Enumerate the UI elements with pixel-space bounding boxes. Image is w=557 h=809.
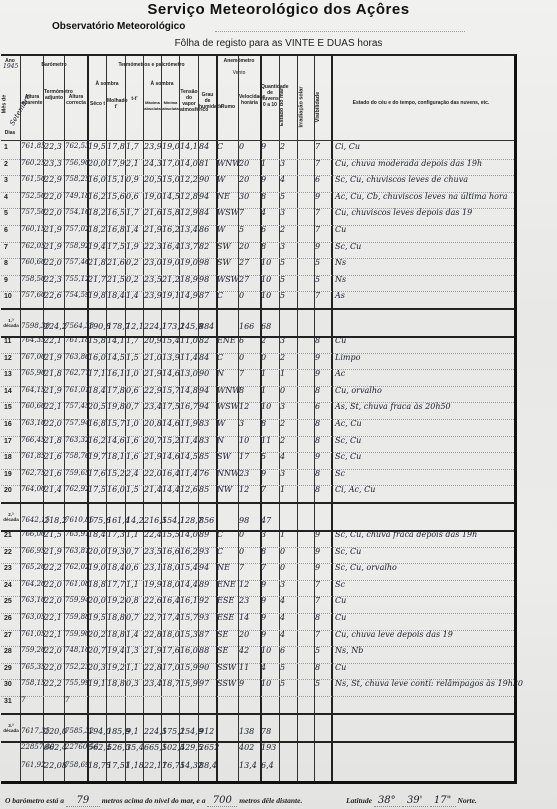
- cell-n: 7: [261, 563, 266, 572]
- cell-min: 15,4: [162, 336, 180, 345]
- cell-t: 21,9: [44, 547, 62, 556]
- cell-vt: 12,8: [180, 192, 198, 201]
- cell-sea: 3: [280, 159, 285, 168]
- cell-max: 21,9: [144, 452, 162, 461]
- cell-sea: 2: [280, 419, 285, 428]
- cell-h: 82: [199, 336, 209, 345]
- cell-dir: SSW: [217, 679, 236, 688]
- cell-d: 0,2: [126, 258, 139, 267]
- cell-d: 1,9: [126, 242, 139, 251]
- sky-state-note: Sc, Cu: [335, 452, 361, 461]
- cell-dir: WNW: [217, 386, 240, 395]
- cell-dry: 19,8: [88, 291, 106, 300]
- cell-d: 0,6: [126, 386, 139, 395]
- cell-v: 98: [239, 516, 249, 525]
- cell-h: 85: [199, 485, 209, 494]
- cell-dry: 20,5: [88, 402, 106, 411]
- cell-max: 22,9: [144, 386, 162, 395]
- day-number: 19: [4, 471, 12, 478]
- cell-d: 0,8: [126, 596, 139, 605]
- cell-dry: 21,7: [88, 275, 106, 284]
- cell-t: 218,2: [44, 516, 67, 525]
- cell-n: 9: [261, 142, 266, 151]
- cell-t: 21,9: [44, 225, 62, 234]
- cell-n: 1: [261, 159, 266, 168]
- cell-sea: 0: [280, 386, 285, 395]
- cell-pc: 762,77: [65, 369, 90, 377]
- sky-state-header: Estado do céu e do tempo, configuração d…: [331, 100, 511, 106]
- cell-pc: 758,92: [65, 242, 90, 250]
- cell-sea: 2: [280, 142, 285, 151]
- cell-d: 1,0: [126, 369, 139, 378]
- cell-p: 757,50: [21, 208, 46, 216]
- cell-wet: 16,8: [107, 225, 125, 234]
- cell-sea: 2: [280, 436, 285, 445]
- cell-vis: 7: [315, 630, 320, 639]
- sea-state-header: Estado do mar: [279, 88, 285, 126]
- cell-sea: 5: [280, 291, 285, 300]
- cell-wet: 18,1: [107, 452, 125, 461]
- cell-vis: 8: [315, 663, 320, 672]
- cell-n: 5: [261, 452, 266, 461]
- cell-h: 81: [199, 159, 209, 168]
- cell-dir: NE: [217, 563, 230, 572]
- cell-vis: 5: [315, 258, 320, 267]
- cell-d: 1,4: [126, 630, 139, 639]
- sky-state-note: As: [335, 291, 345, 300]
- cell-n: 2: [261, 336, 266, 345]
- cell-dry: 20,2: [88, 630, 106, 639]
- cell-dir: WSW: [217, 402, 239, 411]
- cell-d: 1,7: [126, 142, 139, 151]
- cell-wet: 17,3: [107, 530, 125, 539]
- cell-t: 22,9: [44, 175, 62, 184]
- sky-state-note: Ns: [335, 258, 346, 267]
- cell-p: 759,20: [21, 646, 46, 654]
- cell-vis: 7: [315, 159, 320, 168]
- cell-max: 21,0: [144, 353, 162, 362]
- cell-dir: SW: [217, 242, 231, 251]
- cell-vis: 9: [315, 563, 320, 572]
- cell-d: 2,4: [126, 469, 139, 478]
- cell-wet: 17,8: [107, 142, 125, 151]
- cell-dir: W: [217, 175, 225, 184]
- days-label: Dias: [1, 130, 19, 136]
- cell-sea: 1: [280, 530, 285, 539]
- cell-v: 23: [239, 469, 249, 478]
- cell-vis: 8: [315, 386, 320, 395]
- cell-dir: ESE: [217, 596, 234, 605]
- cell-p: 766,00: [21, 530, 46, 538]
- cell-vt: 14,0: [180, 530, 198, 539]
- cell-max: 23,5: [144, 275, 162, 284]
- cell-pc: 758,69: [65, 761, 90, 769]
- cell-min: 15,0: [162, 175, 180, 184]
- cell-dry: 20,3: [88, 663, 106, 672]
- cell-p: 761,85: [21, 452, 46, 460]
- cell-min: 17,0: [162, 663, 180, 672]
- cell-min: 14,6: [162, 452, 180, 461]
- cell-wet: 16,1: [107, 369, 125, 378]
- day-number: 22: [4, 549, 12, 556]
- cell-dir: SE: [217, 646, 228, 655]
- cell-vt: 11,0: [180, 336, 198, 345]
- cell-n: 9: [261, 175, 266, 184]
- cell-max: 22,4: [144, 530, 162, 539]
- sky-state-note: Limpo: [335, 353, 360, 362]
- cell-v: 7: [239, 369, 244, 378]
- cell-vt: 12,9: [180, 208, 198, 217]
- cell-h: 92: [199, 596, 209, 605]
- cell-pc: 758,76: [65, 452, 90, 460]
- cell-sea: 4: [280, 613, 285, 622]
- cell-d: 1,5: [126, 485, 139, 494]
- cell-d: 1,4: [126, 291, 139, 300]
- sky-state-note: Cu: [335, 613, 346, 622]
- min-abs-header: Mínima absoluta: [162, 100, 179, 112]
- cell-wet: 17,5: [107, 242, 125, 251]
- cell-vis: 8: [315, 469, 320, 478]
- cell-n: 10: [261, 275, 271, 284]
- cell-dir: SW: [217, 452, 231, 461]
- cell-max: 23,9: [144, 291, 162, 300]
- cell-t: 22,0: [44, 646, 62, 655]
- cell-v: 166: [239, 322, 254, 331]
- cell-sea: 0: [280, 547, 285, 556]
- cell-min: 19,0: [162, 258, 180, 267]
- cell-vis: 9: [315, 192, 320, 201]
- cell-pc: 752,23: [65, 663, 90, 671]
- dry-header: Sêco t: [89, 101, 106, 107]
- cell-h: 93: [199, 613, 209, 622]
- cell-v: 27: [239, 275, 249, 284]
- cell-vt: 14,9: [180, 291, 198, 300]
- cell-p: 761,92: [21, 761, 46, 769]
- cell-sea: 4: [280, 630, 285, 639]
- cell-h: 83: [199, 436, 209, 445]
- cell-t: 21,4: [44, 485, 62, 494]
- humidity-header: Grau de humidade: [199, 92, 216, 110]
- cell-n: 4: [261, 663, 266, 672]
- cell-n: 9: [261, 613, 266, 622]
- cell-h: 88: [199, 646, 209, 655]
- cell-v: 42: [239, 646, 249, 655]
- cell-t: 22,2: [44, 563, 62, 572]
- cell-sea: 5: [280, 258, 285, 267]
- cell-v: 0: [239, 353, 244, 362]
- latitude-degrees: 38°: [374, 795, 400, 807]
- cell-dir: ENE: [217, 336, 236, 345]
- cell-v: 7: [239, 208, 244, 217]
- sky-state-note: Cu: [335, 336, 346, 345]
- cell-dir: C: [217, 291, 223, 300]
- cell-min: 14,6: [162, 369, 180, 378]
- cell-max: 22,6: [144, 596, 162, 605]
- cell-d: 1,1: [126, 663, 139, 672]
- sky-state-note: Ac, Cu: [335, 419, 362, 428]
- cell-dir: W: [217, 225, 225, 234]
- cell-p: 765,20: [21, 563, 46, 571]
- cell-h: 97: [199, 679, 209, 688]
- cell-dry: 19,0: [88, 563, 106, 572]
- cell-pc: 763,81: [65, 547, 90, 555]
- cell-dir: W: [217, 419, 225, 428]
- cell-wet: 19,8: [107, 402, 125, 411]
- cell-p: 760,60: [21, 258, 46, 266]
- cell-n: 10: [261, 291, 271, 300]
- cell-min: 16,4: [162, 469, 180, 478]
- cell-dir: WNW: [217, 159, 240, 168]
- cell-max: 24,3: [144, 159, 162, 168]
- cell-vis: 8: [315, 436, 320, 445]
- cell-dry: 20,7: [88, 646, 106, 655]
- cell-dry: 20,0: [88, 159, 106, 168]
- cell-dir: SE: [217, 630, 228, 639]
- cell-pc: 763,86: [65, 353, 90, 361]
- cell-vt: 12,2: [180, 175, 198, 184]
- cell-t: 21,5: [44, 530, 62, 539]
- cell-min: 18,0: [162, 563, 180, 572]
- cell-min: 18,0: [162, 630, 180, 639]
- cell-sea: 4: [280, 596, 285, 605]
- visibility-header: Visibilidade: [315, 92, 321, 122]
- cell-t: 22,08: [44, 761, 67, 770]
- month-label: Mês de: [1, 95, 7, 114]
- cell-t: 224,2: [44, 322, 67, 331]
- cell-d: 0,7: [126, 402, 139, 411]
- cell-vt: 13,0: [180, 369, 198, 378]
- cell-p: 760,25: [21, 159, 46, 167]
- cell-d: 0,6: [126, 563, 139, 572]
- cell-p: 758,15: [21, 679, 46, 687]
- cell-sea: 3: [280, 242, 285, 251]
- cell-dry: 18,4: [88, 530, 106, 539]
- cell-max: 23,5: [144, 547, 162, 556]
- cell-pc: 761,18: [65, 336, 90, 344]
- sky-state-note: Ac: [335, 369, 345, 378]
- barometer-header: Barómetro: [21, 62, 87, 68]
- cell-wet: 17,8: [107, 386, 125, 395]
- cell-wet: 15,6: [107, 192, 125, 201]
- day-number: 2: [4, 161, 8, 168]
- cell-min: 17,6: [162, 646, 180, 655]
- cell-h: 94: [199, 386, 209, 395]
- cell-vis: 9: [315, 369, 320, 378]
- cell-v: 20: [239, 630, 249, 639]
- cell-max: 23,0: [144, 258, 162, 267]
- cell-dir: NNW: [217, 469, 239, 478]
- cell-min: 19,0: [162, 142, 180, 151]
- cell-max: 23,4: [144, 679, 162, 688]
- wet-header: Molhado t': [107, 98, 125, 110]
- day-number: 26: [4, 615, 12, 622]
- cell-p: 758,50: [21, 275, 46, 283]
- cell-v: 11: [239, 663, 249, 672]
- cell-vt: 16,7: [180, 402, 198, 411]
- cell-vis: 7: [315, 208, 320, 217]
- cell-max: 23,1: [144, 563, 162, 572]
- cell-dry: 16,0: [88, 175, 106, 184]
- cell-dry: 19,4: [88, 242, 106, 251]
- cell-p: 760,15: [21, 225, 46, 233]
- cell-vis: 6: [315, 402, 320, 411]
- sky-state-note: Sc, Cu: [335, 436, 361, 445]
- cell-vt: 13,4: [180, 225, 198, 234]
- cell-wet: 16,5: [107, 208, 125, 217]
- cell-v: 138: [239, 727, 254, 736]
- cell-vis: 9: [315, 547, 320, 556]
- sky-state-note: Cu: [335, 663, 346, 672]
- cell-p: 763,10: [21, 596, 46, 604]
- cell-wet: 14,5: [107, 353, 125, 362]
- cell-t: 22,3: [44, 142, 62, 151]
- day-number: 29: [4, 665, 12, 672]
- cell-n: 4: [261, 208, 266, 217]
- year-value: 1945: [3, 63, 18, 70]
- sky-state-note: Sc, Cu, orvalho: [335, 563, 397, 572]
- cell-n: 10: [261, 646, 271, 655]
- cell-p: 764,35: [21, 336, 46, 344]
- cell-n: 8: [261, 242, 266, 251]
- cell-n: 6,4: [261, 761, 274, 770]
- cell-dry: 15,8: [88, 336, 106, 345]
- cell-min: 17,4: [162, 613, 180, 622]
- cell-pc: 757,94: [65, 419, 90, 427]
- cell-h: 94: [199, 402, 209, 411]
- cell-sea: 2: [280, 225, 285, 234]
- cell-wet: 15,7: [107, 419, 125, 428]
- sky-state-note: Ns: [335, 275, 346, 284]
- cell-sea: 5: [280, 275, 285, 284]
- day-number: 7: [4, 244, 8, 251]
- decade-label: 1.ª década: [2, 318, 20, 328]
- cell-t: 21,6: [44, 469, 62, 478]
- cell-pc: 759,65: [65, 469, 90, 477]
- cell-wet: 15,2: [107, 469, 125, 478]
- cell-h: 88,4: [199, 761, 217, 770]
- cell-h: 90: [199, 369, 209, 378]
- sky-state-note: Sc, Cu, chuviscos leves de chuva: [335, 175, 468, 184]
- cell-t: 21,6: [44, 452, 62, 461]
- cell-h: 856: [199, 516, 214, 525]
- cell-min: 15,2: [162, 436, 180, 445]
- cell-d: 1,1: [126, 580, 139, 589]
- decade-label: 3.ª década: [2, 723, 20, 733]
- cell-d: 1,6: [126, 452, 139, 461]
- height-corrected-header: Altura correcta: [65, 94, 87, 106]
- cell-p: 761,85: [21, 142, 46, 150]
- day-number: 24: [4, 582, 12, 589]
- cell-t: 22,3: [44, 275, 62, 284]
- row-divider: [1, 308, 514, 310]
- cell-dry: 16,0: [88, 353, 106, 362]
- cell-wet: 17,7: [107, 580, 125, 589]
- cell-sea: 5: [280, 663, 285, 672]
- cell-pc: 759,88: [65, 613, 90, 621]
- cell-d: 1,6: [126, 436, 139, 445]
- cell-pc: 757,46: [65, 258, 90, 266]
- cell-t: 22,1: [44, 613, 62, 622]
- wind-header: Vento: [218, 70, 260, 76]
- cell-max: 23,9: [144, 142, 162, 151]
- cell-h: 83: [199, 419, 209, 428]
- cell-n: 9: [261, 596, 266, 605]
- height-apparent-header: Altura aparente: [21, 94, 43, 106]
- cell-t: 21,9: [44, 386, 62, 395]
- cell-vt: 15,9: [180, 663, 198, 672]
- cell-p: 765,35: [21, 663, 46, 671]
- sky-state-note: Ns, Nb: [335, 646, 363, 655]
- cell-t: 22,0: [44, 663, 62, 672]
- cell-pc: 748,10: [65, 646, 90, 654]
- cell-vis: 7: [315, 225, 320, 234]
- cell-d: 1,18: [126, 761, 144, 770]
- cell-min: 21,2: [162, 275, 180, 284]
- cell-min: 14,6: [162, 419, 180, 428]
- cell-p: 761,05: [21, 630, 46, 638]
- cell-sea: 2: [280, 353, 285, 362]
- cell-p: 764,00: [21, 485, 46, 493]
- cell-pc: 754,59: [65, 291, 90, 299]
- cell-dry: 19,5: [88, 613, 106, 622]
- cell-vt: 16,0: [180, 646, 198, 655]
- cell-v: 7: [239, 563, 244, 572]
- cell-p: 764,15: [21, 386, 46, 394]
- cell-pc: 763,91: [65, 530, 90, 538]
- max-abs-header: Máxima absoluta: [144, 100, 161, 112]
- cell-vis: 7: [315, 291, 320, 300]
- cell-vis: 9: [315, 242, 320, 251]
- cell-dir: ENE: [217, 580, 236, 589]
- cell-dry: 18,4: [88, 386, 106, 395]
- cell-vis: 7: [315, 142, 320, 151]
- cell-vt: 11,4: [180, 353, 198, 362]
- cell-n: 0: [261, 353, 266, 362]
- cell-v: 12: [239, 402, 249, 411]
- cell-h: 2652: [199, 743, 219, 752]
- cell-pc: 756,90: [65, 159, 90, 167]
- cell-t: 22,6: [44, 291, 62, 300]
- cell-min: 16,4: [162, 242, 180, 251]
- register-sheet: Serviço Meteorológico dos Açôres Observa…: [0, 0, 557, 809]
- cell-d: 0,2: [126, 275, 139, 284]
- shade-header-2: À sombra: [144, 81, 180, 87]
- sky-state-note: Ac, Cu, Cb, chuviscos leves na última ho…: [335, 192, 508, 201]
- cell-p: 765,90: [21, 369, 46, 377]
- day-number: 13: [4, 371, 12, 378]
- cell-n: 6: [261, 225, 266, 234]
- cell-vis: 5: [315, 646, 320, 655]
- cell-n: 10: [261, 679, 271, 688]
- anemometer-header: Anemómetro: [218, 58, 260, 64]
- cell-dry: 20,0: [88, 547, 106, 556]
- cell-dir: NW: [217, 485, 232, 494]
- cell-h: 98: [199, 275, 209, 284]
- cell-max: 20,8: [144, 419, 162, 428]
- cell-sea: 3: [280, 402, 285, 411]
- cell-p: 764,20: [21, 580, 46, 588]
- cell-pc: 759,94: [65, 596, 90, 604]
- cell-pc: 755,99: [65, 679, 90, 687]
- cell-vis: 5: [315, 679, 320, 688]
- decade-label: 2.ª década: [2, 512, 20, 522]
- cell-min: 16,6: [162, 547, 180, 556]
- cell-dry: 16,2: [88, 192, 106, 201]
- cell-sea: 1: [280, 369, 285, 378]
- cell-max: 21,9: [144, 646, 162, 655]
- cell-vis: 8: [315, 485, 320, 494]
- cell-dir: C: [217, 530, 223, 539]
